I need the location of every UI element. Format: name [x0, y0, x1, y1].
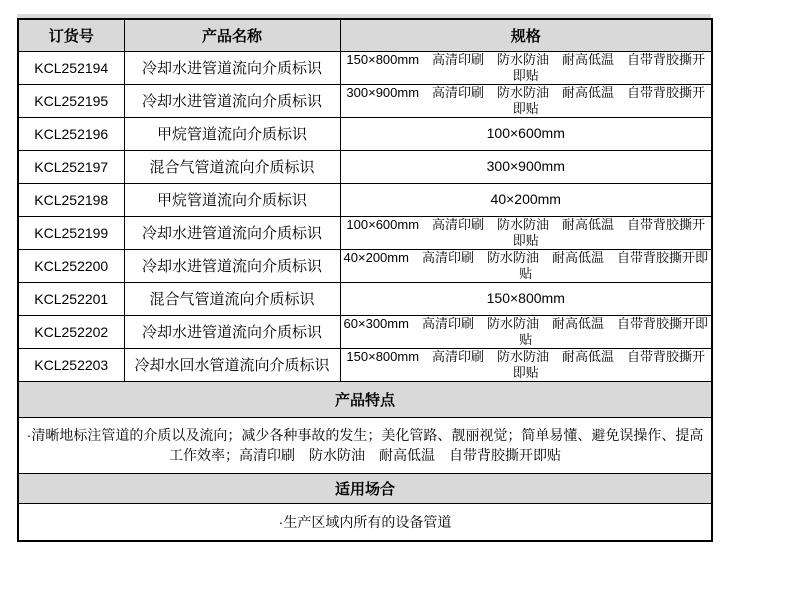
applications-text-row: ·生产区域内所有的设备管道	[18, 503, 712, 541]
product-name-cell: 冷却水进管道流向介质标识	[124, 315, 340, 348]
col-header-product-name: 产品名称	[124, 19, 340, 51]
product-name-cell: 冷却水进管道流向介质标识	[124, 216, 340, 249]
features-text: ·清晰地标注管道的介质以及流向；减少各种事故的发生；美化管路、靓丽视觉；简单易懂…	[18, 417, 712, 473]
product-name-cell: 冷却水进管道流向介质标识	[124, 84, 340, 117]
order-no-cell: KCL252195	[18, 84, 124, 117]
table-row: KCL252201 混合气管道流向介质标识 150×800mm	[18, 282, 712, 315]
spec-cell: 300×900mm	[340, 150, 712, 183]
order-no-cell: KCL252194	[18, 51, 124, 84]
table-row: KCL252203 冷却水回水管道流向介质标识 150×800mm 高清印刷 防…	[18, 348, 712, 381]
spec-cell: 100×600mm	[340, 117, 712, 150]
table-row: KCL252196 甲烷管道流向介质标识 100×600mm	[18, 117, 712, 150]
product-name-cell: 甲烷管道流向介质标识	[124, 183, 340, 216]
table-row: KCL252194 冷却水进管道流向介质标识 150×800mm 高清印刷 防水…	[18, 51, 712, 84]
spec-cell: 40×200mm 高清印刷 防水防油 耐高低温 自带背胶撕开即贴	[340, 249, 712, 282]
spec-cell: 150×800mm 高清印刷 防水防油 耐高低温 自带背胶撕开即贴	[340, 348, 712, 381]
product-name-cell: 冷却水回水管道流向介质标识	[124, 348, 340, 381]
applications-banner-title: 适用场合	[18, 473, 712, 503]
table-row: KCL252202 冷却水进管道流向介质标识 60×300mm 高清印刷 防水防…	[18, 315, 712, 348]
table-row: KCL252197 混合气管道流向介质标识 300×900mm	[18, 150, 712, 183]
features-banner-row: 产品特点	[18, 381, 712, 417]
table-row: KCL252199 冷却水进管道流向介质标识 100×600mm 高清印刷 防水…	[18, 216, 712, 249]
order-no-cell: KCL252201	[18, 282, 124, 315]
product-name-cell: 混合气管道流向介质标识	[124, 282, 340, 315]
product-spec-table: 订货号 产品名称 规格 KCL252194 冷却水进管道流向介质标识 150×8…	[17, 18, 713, 542]
header-row: 订货号 产品名称 规格	[18, 19, 712, 51]
table-row: KCL252198 甲烷管道流向介质标识 40×200mm	[18, 183, 712, 216]
spec-cell: 150×800mm	[340, 282, 712, 315]
order-no-cell: KCL252199	[18, 216, 124, 249]
order-no-cell: KCL252197	[18, 150, 124, 183]
product-name-cell: 甲烷管道流向介质标识	[124, 117, 340, 150]
features-text-row: ·清晰地标注管道的介质以及流向；减少各种事故的发生；美化管路、靓丽视觉；简单易懂…	[18, 417, 712, 473]
spec-cell: 100×600mm 高清印刷 防水防油 耐高低温 自带背胶撕开即贴	[340, 216, 712, 249]
order-no-cell: KCL252200	[18, 249, 124, 282]
col-header-spec: 规格	[340, 19, 712, 51]
order-no-cell: KCL252203	[18, 348, 124, 381]
applications-banner-row: 适用场合	[18, 473, 712, 503]
table-row: KCL252195 冷却水进管道流向介质标识 300×900mm 高清印刷 防水…	[18, 84, 712, 117]
spec-cell: 300×900mm 高清印刷 防水防油 耐高低温 自带背胶撕开即贴	[340, 84, 712, 117]
product-name-cell: 冷却水进管道流向介质标识	[124, 51, 340, 84]
product-spec-sheet: 订货号 产品名称 规格 KCL252194 冷却水进管道流向介质标识 150×8…	[0, 0, 800, 596]
col-header-order-no: 订货号	[18, 19, 124, 51]
order-no-cell: KCL252198	[18, 183, 124, 216]
features-banner-title: 产品特点	[18, 381, 712, 417]
order-no-cell: KCL252196	[18, 117, 124, 150]
product-name-cell: 混合气管道流向介质标识	[124, 150, 340, 183]
order-no-cell: KCL252202	[18, 315, 124, 348]
spec-cell: 150×800mm 高清印刷 防水防油 耐高低温 自带背胶撕开即贴	[340, 51, 712, 84]
product-name-cell: 冷却水进管道流向介质标识	[124, 249, 340, 282]
table-row: KCL252200 冷却水进管道流向介质标识 40×200mm 高清印刷 防水防…	[18, 249, 712, 282]
spec-cell: 40×200mm	[340, 183, 712, 216]
applications-text: ·生产区域内所有的设备管道	[18, 503, 712, 541]
spec-cell: 60×300mm 高清印刷 防水防油 耐高低温 自带背胶撕开即贴	[340, 315, 712, 348]
